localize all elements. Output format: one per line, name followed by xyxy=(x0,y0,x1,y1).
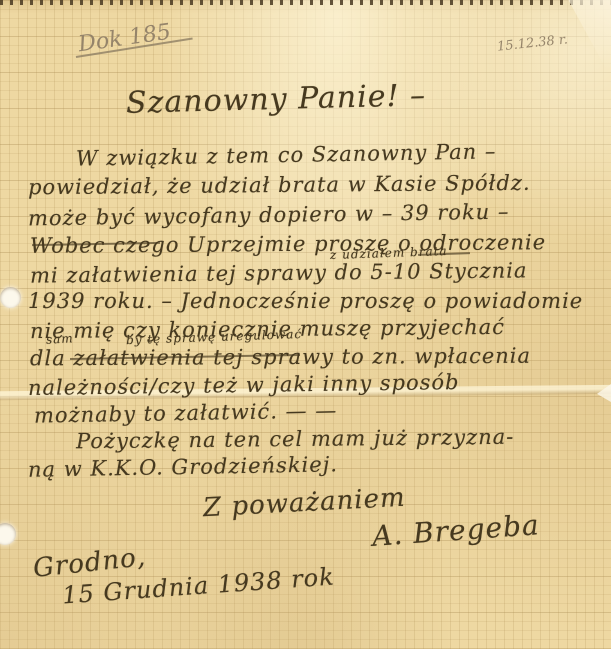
interlinear-insert: sam xyxy=(46,331,74,346)
letter-scan: Dok 185 15.12.38 r. Szanowny Panie! – W … xyxy=(0,0,611,649)
body-line: Pożyczkę na ten cel mam już przyzna- xyxy=(76,425,515,454)
body-line: 1939 roku. – Jednocześnie proszę o powia… xyxy=(28,289,583,313)
hole-punch xyxy=(0,287,21,308)
body-line: powiedział, że udział brata w Kasie Spół… xyxy=(28,171,531,199)
torn-perforation-edge xyxy=(0,0,611,5)
